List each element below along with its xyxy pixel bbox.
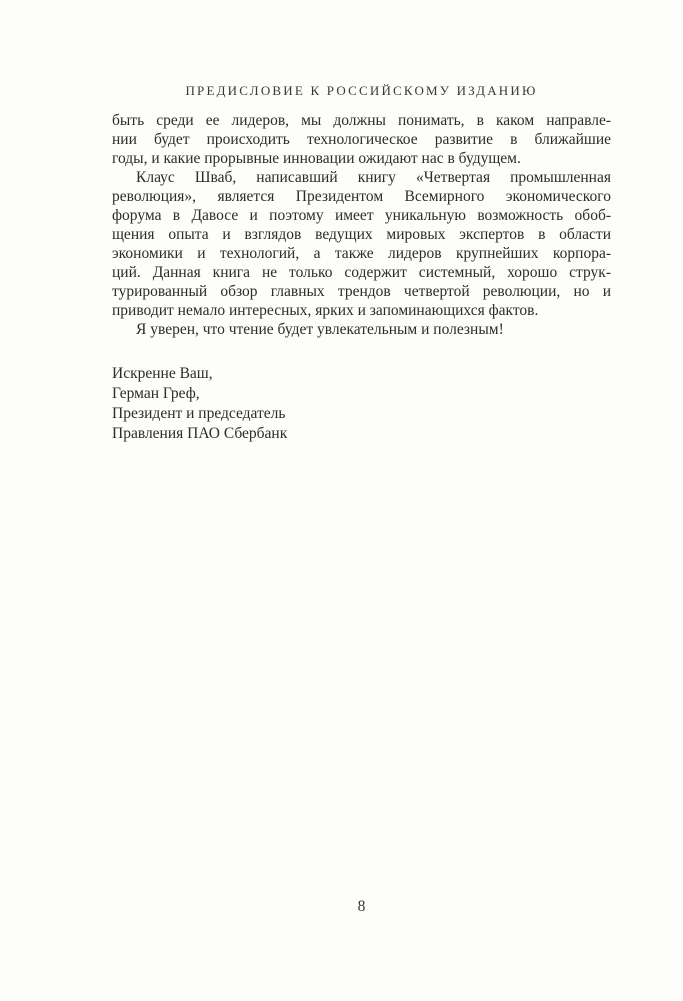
text-line: Клаус Шваб, написавший книгу «Четвертая … xyxy=(112,168,611,187)
text-line: нии будет происходить технологическое ра… xyxy=(112,130,611,149)
text-line: приводит немало интересных, ярких и запо… xyxy=(112,301,611,320)
text-line: революция», является Президентом Всемирн… xyxy=(112,187,611,206)
text-line: ций. Данная книга не только содержит сис… xyxy=(112,263,611,282)
chapter-header: ПРЕДИСЛОВИЕ К РОССИЙСКОМУ ИЗДАНИЮ xyxy=(112,83,611,99)
text-line: форума в Давосе и поэтому имеет уникальн… xyxy=(112,206,611,225)
text-block: быть среди ее лидеров, мы должны понимат… xyxy=(112,111,611,339)
signature-block: Искренне Ваш, Герман Греф, Президент и п… xyxy=(112,364,611,444)
page-number: 8 xyxy=(112,898,611,916)
text-line: быть среди ее лидеров, мы должны понимат… xyxy=(112,111,611,130)
text-line: экономики и технологий, а также лидеров … xyxy=(112,244,611,263)
signature-line: Искренне Ваш, xyxy=(112,364,611,384)
signature-line: Герман Греф, xyxy=(112,384,611,404)
text-line: годы, и какие прорывные инновации ожидаю… xyxy=(112,149,611,168)
text-line: турированный обзор главных трендов четве… xyxy=(112,282,611,301)
text-line: щения опыта и взглядов ведущих мировых э… xyxy=(112,225,611,244)
text-line: Я уверен, что чтение будет увлекательным… xyxy=(112,320,611,339)
paragraph: Я уверен, что чтение будет увлекательным… xyxy=(112,320,611,339)
paragraph: быть среди ее лидеров, мы должны понимат… xyxy=(112,111,611,168)
signature-line: Правления ПАО Сбербанк xyxy=(112,424,611,444)
paragraph: Клаус Шваб, написавший книгу «Четвертая … xyxy=(112,168,611,320)
book-page: ПРЕДИСЛОВИЕ К РОССИЙСКОМУ ИЗДАНИЮ быть с… xyxy=(0,0,683,1001)
signature-line: Президент и председатель xyxy=(112,404,611,424)
